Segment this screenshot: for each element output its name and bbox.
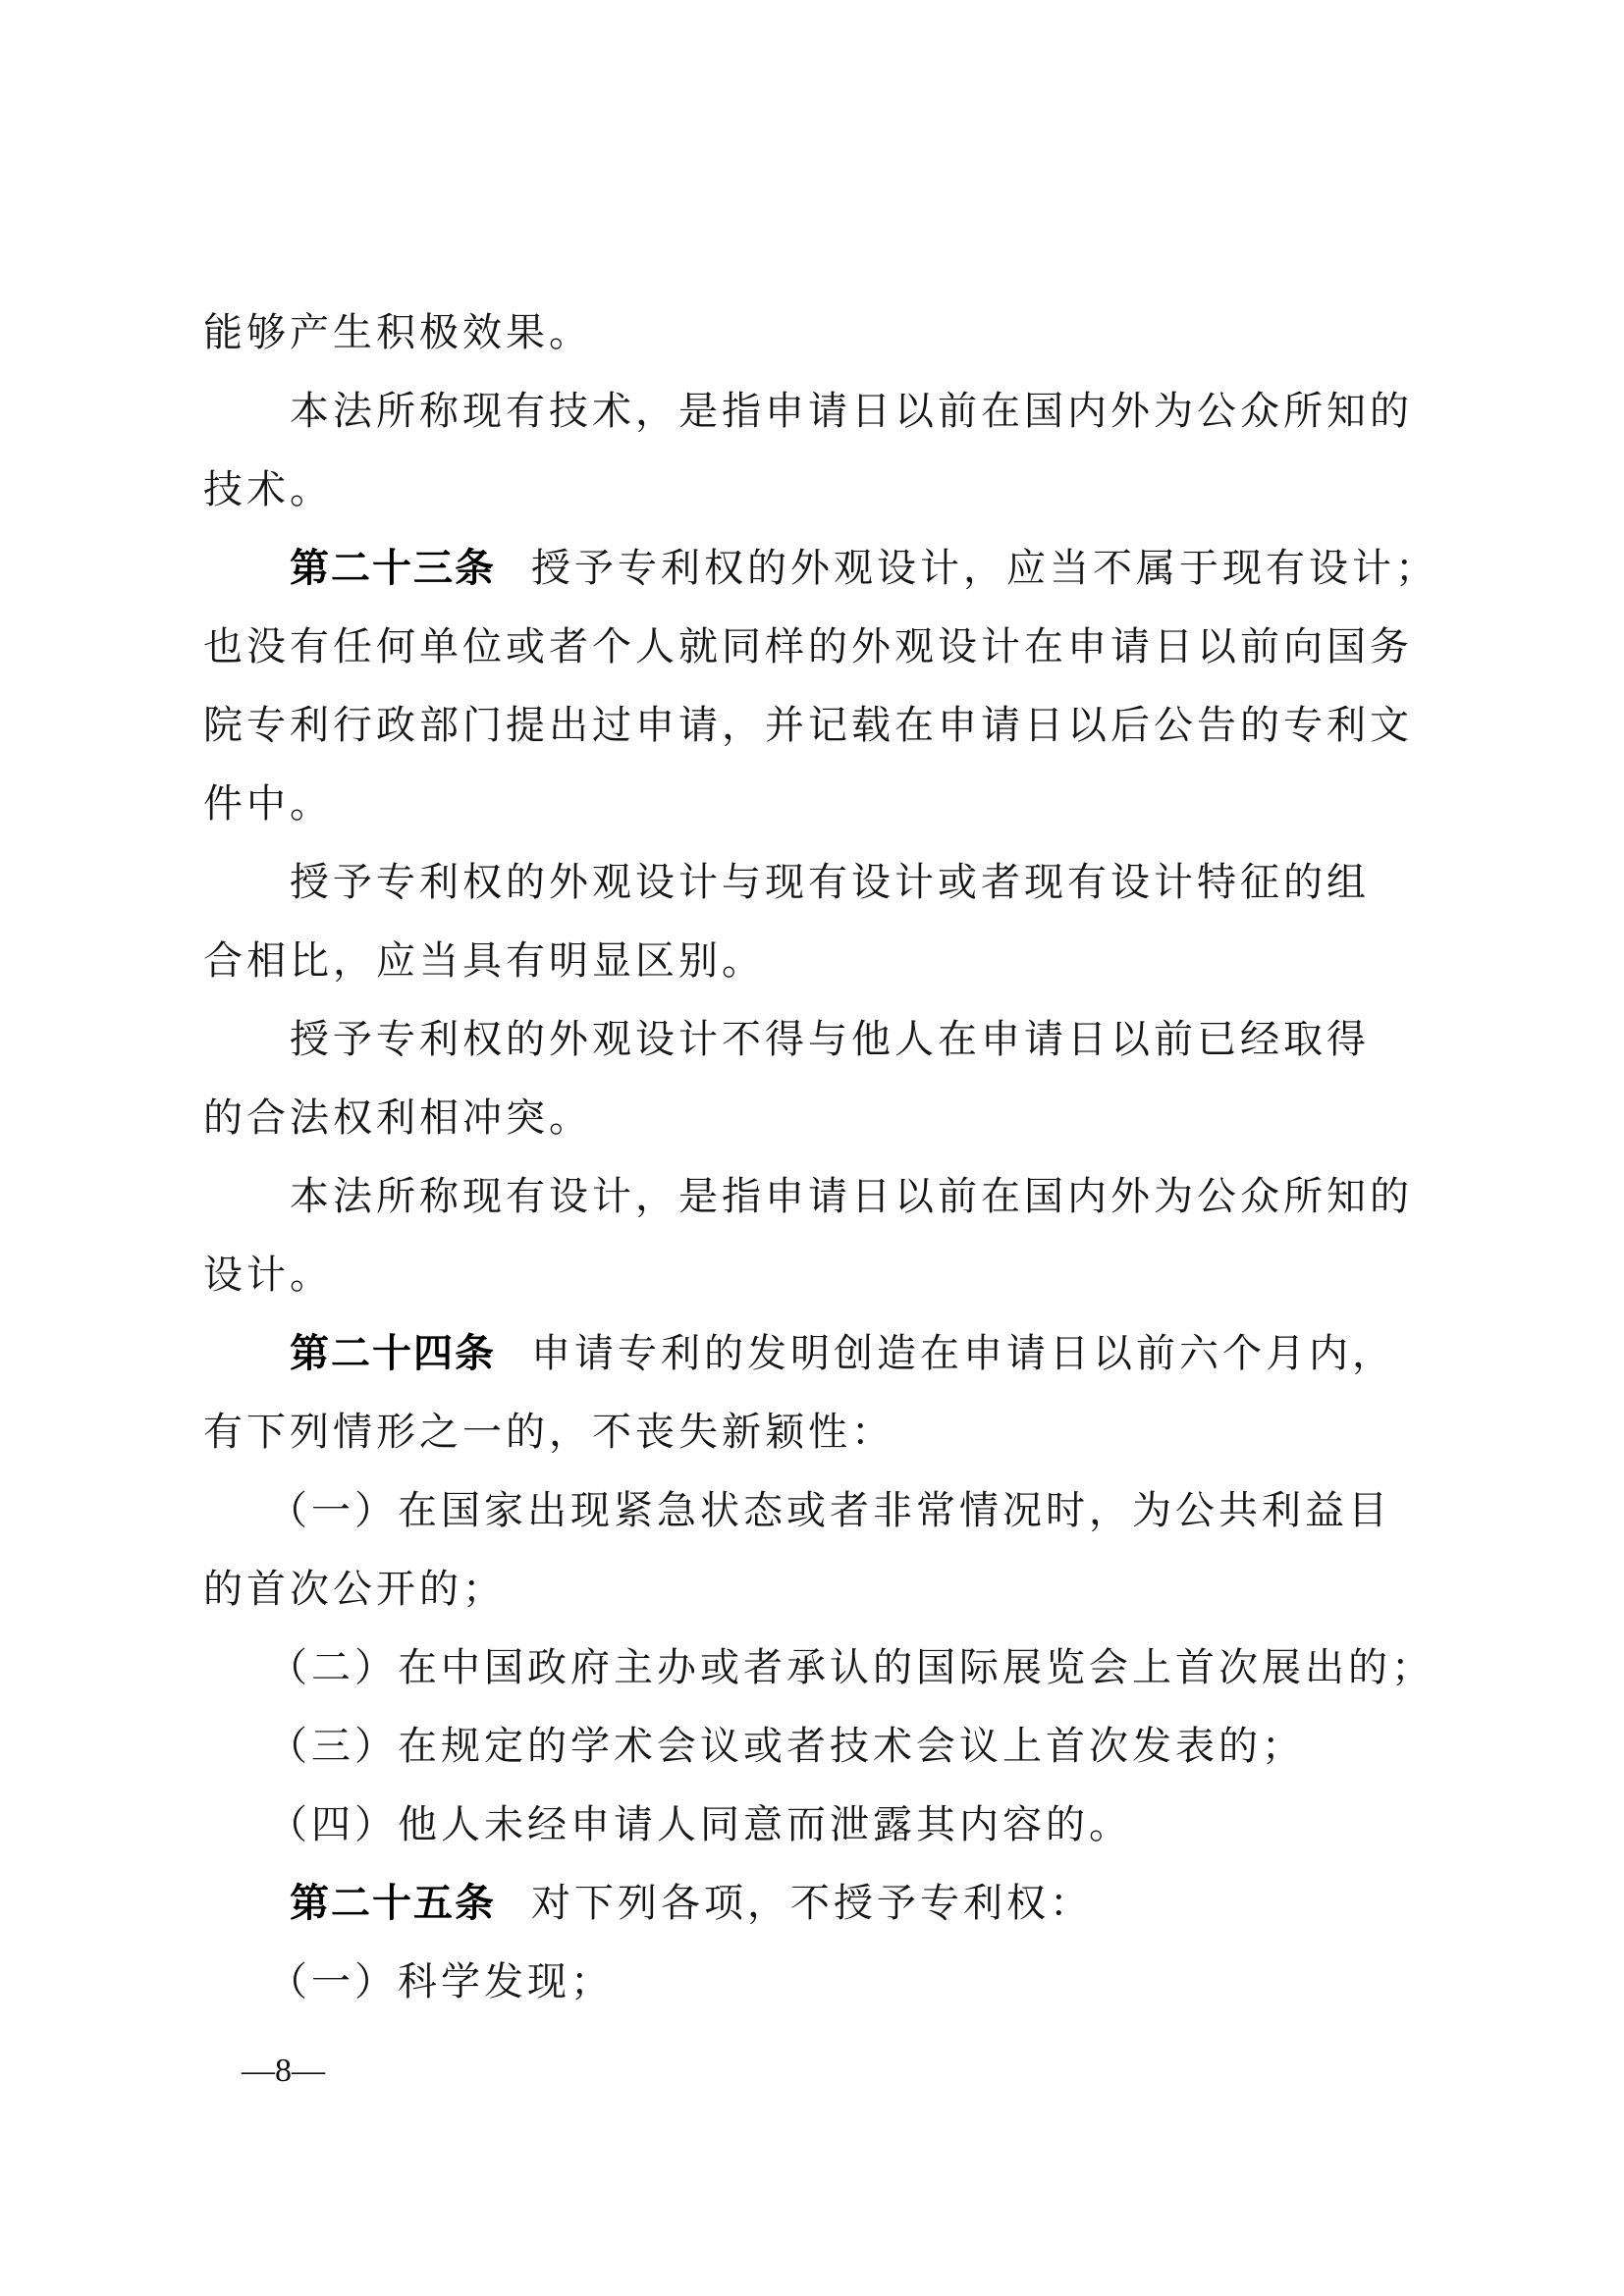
line-text: 合相比，应当具有明显区别。 — [203, 938, 765, 984]
line-text: 对下列各项，不授予专利权： — [531, 1881, 1093, 1926]
line-text: 设计。 — [203, 1253, 333, 1298]
list-item-line: （四）他人未经申请人同意而泄露其内容的。 — [203, 1786, 1421, 1864]
line-text: （一）科学发现； — [268, 1959, 614, 2004]
article-24-line: 第二十四条申请专利的发明创造在申请日以前六个月内， — [203, 1314, 1421, 1393]
line-text: 授予专利权的外观设计，应当不属于现有设计； — [531, 546, 1438, 591]
line-text: 的合法权利相冲突。 — [203, 1095, 592, 1141]
list-item-line: （三）在规定的学术会议或者技术会议上首次发表的； — [203, 1707, 1421, 1786]
paragraph-line-continuation: 件中。 — [203, 765, 1421, 843]
line-text: 申请专利的发明创造在申请日以前六个月内， — [531, 1331, 1395, 1376]
article-heading: 第二十五条 — [290, 1881, 496, 1926]
list-item-line: （一）科学发现； — [203, 1943, 1421, 2021]
line-text: （三）在规定的学术会议或者技术会议上首次发表的； — [268, 1724, 1305, 1769]
line-text: 技术。 — [203, 467, 333, 512]
line-text: 本法所称现有设计，是指申请日以前在国内外为公众所知的 — [290, 1174, 1413, 1219]
paragraph-line-continuation: 能够产生积极效果。 — [203, 294, 1421, 372]
line-text: 本法所称现有技术，是指申请日以前在国内外为公众所知的 — [290, 389, 1413, 434]
line-text: 授予专利权的外观设计不得与他人在申请日以前已经取得 — [290, 1017, 1370, 1062]
line-text: 授予专利权的外观设计与现有设计或者现有设计特征的组 — [290, 860, 1370, 905]
line-text: 院专利行政部门提出过申请，并记载在申请日以后公告的专利文 — [203, 703, 1413, 748]
paragraph-line-first: 本法所称现有设计，是指申请日以前在国内外为公众所知的 — [203, 1157, 1421, 1236]
paragraph-line-continuation: 也没有任何单位或者个人就同样的外观设计在申请日以前向国务 — [203, 608, 1421, 686]
line-text: 的首次公开的； — [203, 1567, 506, 1612]
paragraph-line-continuation: 有下列情形之一的，不丧失新颖性： — [203, 1393, 1421, 1471]
list-item-line: （二）在中国政府主办或者承认的国际展览会上首次展出的； — [203, 1629, 1421, 1707]
line-text: 也没有任何单位或者个人就同样的外观设计在申请日以前向国务 — [203, 624, 1413, 669]
line-text: 能够产生积极效果。 — [203, 310, 592, 355]
article-25-line: 第二十五条对下列各项，不授予专利权： — [203, 1864, 1421, 1943]
line-text: （二）在中国政府主办或者承认的国际展览会上首次展出的； — [268, 1645, 1435, 1690]
body-text: 能够产生积极效果。 本法所称现有技术，是指申请日以前在国内外为公众所知的 技术。… — [203, 294, 1421, 2021]
paragraph-line-first: 本法所称现有技术，是指申请日以前在国内外为公众所知的 — [203, 372, 1421, 451]
article-23-line: 第二十三条授予专利权的外观设计，应当不属于现有设计； — [203, 529, 1421, 608]
line-text: 件中。 — [203, 781, 333, 827]
list-item-line: （一）在国家出现紧急状态或者非常情况时，为公共利益目 — [203, 1471, 1421, 1550]
page-number: —8— — [242, 2050, 325, 2093]
paragraph-line-first: 授予专利权的外观设计不得与他人在申请日以前已经取得 — [203, 1000, 1421, 1079]
paragraph-line-continuation: 技术。 — [203, 451, 1421, 529]
line-text: 有下列情形之一的，不丧失新颖性： — [203, 1410, 894, 1455]
paragraph-line-continuation: 院专利行政部门提出过申请，并记载在申请日以后公告的专利文 — [203, 686, 1421, 765]
paragraph-line-continuation: 的合法权利相冲突。 — [203, 1079, 1421, 1157]
line-text: （四）他人未经申请人同意而泄露其内容的。 — [268, 1802, 1132, 1847]
paragraph-line-first: 授予专利权的外观设计与现有设计或者现有设计特征的组 — [203, 843, 1421, 922]
article-heading: 第二十四条 — [290, 1331, 496, 1376]
article-heading: 第二十三条 — [290, 546, 496, 591]
document-page: 能够产生积极效果。 本法所称现有技术，是指申请日以前在国内外为公众所知的 技术。… — [0, 0, 1624, 2296]
paragraph-line-continuation: 的首次公开的； — [203, 1550, 1421, 1629]
line-text: （一）在国家出现紧急状态或者非常情况时，为公共利益目 — [268, 1488, 1391, 1533]
paragraph-line-continuation: 合相比，应当具有明显区别。 — [203, 922, 1421, 1000]
paragraph-line-continuation: 设计。 — [203, 1236, 1421, 1314]
